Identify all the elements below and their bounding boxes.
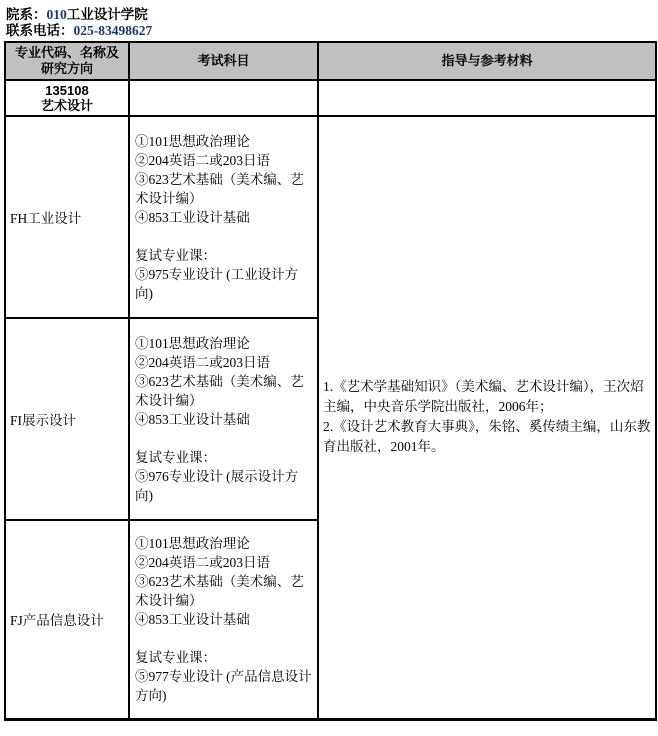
document-page: 院系：010工业设计学院 联系电话：025-83498627 专业代码、名称及 …: [0, 0, 658, 736]
department-label: 院系：: [6, 7, 47, 22]
table-header-row: 专业代码、名称及 研究方向 考试科目 指导与参考材料: [5, 42, 656, 80]
department-line: 院系：010工业设计学院: [6, 7, 658, 23]
reference-cell: 1.《艺术学基础知识》（美术编、艺术设计编），王次炤主编，中央音乐学院出版社，2…: [318, 116, 656, 719]
phone-line: 联系电话：025-83498627: [6, 23, 658, 39]
col-header-reference-materials: 指导与参考材料: [318, 42, 656, 80]
phone-number: 025-83498627: [74, 23, 153, 38]
department-name: 工业设计学院: [67, 7, 148, 22]
table-row-fh: FH工业设计 ①101思想政治理论 ②204英语二或203日语 ③623艺术基础…: [5, 116, 656, 318]
subjects-cell: ①101思想政治理论 ②204英语二或203日语 ③623艺术基础（美术编、艺术…: [129, 116, 318, 318]
col-header-exam-subjects: 考试科目: [129, 42, 318, 80]
department-code: 010: [47, 7, 67, 22]
program-row: 135108 艺术设计: [5, 80, 656, 116]
direction-cell: FH工业设计: [5, 116, 129, 318]
program-subjects-empty-cell: [129, 80, 318, 116]
header-info: 院系：010工业设计学院 联系电话：025-83498627: [0, 0, 658, 41]
subjects-cell: ①101思想政治理论 ②204英语二或203日语 ③623艺术基础（美术编、艺术…: [129, 520, 318, 719]
phone-label: 联系电话：: [6, 23, 74, 38]
direction-cell: FI展示设计: [5, 318, 129, 520]
direction-cell: FJ产品信息设计: [5, 520, 129, 719]
admissions-table: 专业代码、名称及 研究方向 考试科目 指导与参考材料 135108 艺术设计 F…: [4, 41, 657, 721]
col-header-major-code: 专业代码、名称及 研究方向: [5, 42, 129, 80]
program-reference-empty-cell: [318, 80, 656, 116]
program-code-cell: 135108 艺术设计: [5, 80, 129, 116]
subjects-cell: ①101思想政治理论 ②204英语二或203日语 ③623艺术基础（美术编、艺术…: [129, 318, 318, 520]
